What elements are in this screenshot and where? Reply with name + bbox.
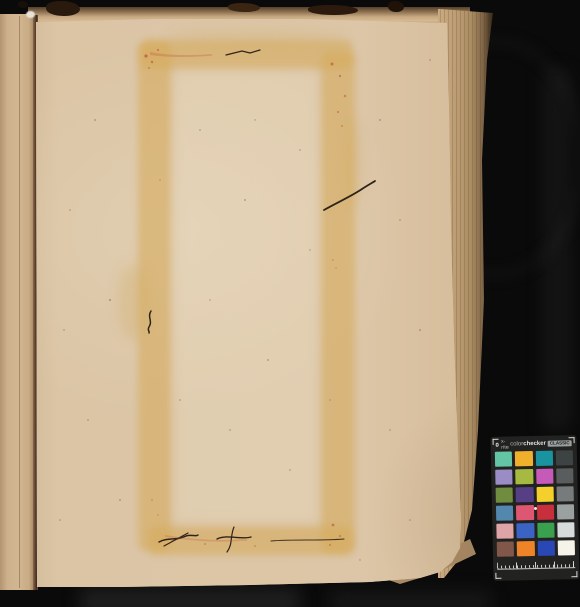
card-corner-mark bbox=[571, 571, 577, 577]
color-patch bbox=[557, 504, 575, 519]
binding-debris bbox=[388, 1, 404, 12]
card-center-marker bbox=[534, 507, 537, 510]
binding-debris bbox=[18, 1, 28, 8]
color-patch bbox=[556, 450, 574, 465]
facing-page-edge bbox=[0, 14, 33, 590]
color-patch bbox=[516, 487, 534, 502]
color-patch bbox=[497, 541, 515, 556]
colorchecker-title: colorchecker CLASSIC bbox=[510, 440, 572, 447]
photo-of-open-book: x-rite colorchecker CLASSIC bbox=[0, 0, 580, 607]
binding-debris bbox=[308, 5, 358, 15]
color-patch bbox=[495, 451, 513, 466]
binding-debris bbox=[228, 3, 260, 12]
color-patch bbox=[556, 468, 574, 483]
background-floor-texture bbox=[80, 588, 300, 607]
color-patch bbox=[557, 540, 575, 555]
paint-smudge bbox=[168, 30, 348, 44]
color-patch bbox=[496, 487, 514, 502]
card-corner-mark bbox=[495, 573, 501, 579]
colorchecker-ruler bbox=[497, 558, 575, 570]
frame-interior-wash bbox=[175, 71, 317, 522]
color-patch bbox=[556, 486, 574, 501]
color-patch bbox=[536, 505, 554, 520]
card-corner-mark bbox=[569, 437, 575, 443]
xrite-brand-text: x-rite bbox=[501, 439, 510, 451]
color-patch bbox=[496, 523, 514, 538]
background-floor-texture bbox=[330, 592, 490, 607]
colorchecker-wordmark: colorchecker bbox=[510, 441, 546, 448]
frame-bottom-band bbox=[148, 526, 353, 555]
color-patch bbox=[495, 469, 513, 484]
color-patch bbox=[496, 505, 514, 520]
paint-smudge bbox=[118, 264, 148, 340]
painted-frame bbox=[138, 38, 355, 555]
color-patch bbox=[557, 522, 575, 537]
binding-debris bbox=[46, 1, 80, 16]
card-corner-mark bbox=[493, 439, 499, 445]
paint-smudge bbox=[346, 118, 360, 208]
colorchecker-header: x-rite colorchecker CLASSIC bbox=[495, 437, 573, 451]
color-patch bbox=[537, 523, 555, 538]
color-patch bbox=[536, 487, 554, 502]
color-patch bbox=[515, 451, 533, 466]
background-light-band bbox=[544, 70, 570, 430]
color-patch bbox=[517, 523, 535, 538]
colorchecker-grid bbox=[495, 450, 575, 557]
paper-fragment bbox=[26, 11, 35, 18]
color-patch bbox=[535, 451, 553, 466]
facing-page-edge-line bbox=[19, 16, 20, 588]
color-patch bbox=[515, 469, 533, 484]
color-patch bbox=[517, 541, 535, 556]
colorchecker-card: x-rite colorchecker CLASSIC bbox=[491, 435, 580, 581]
color-patch bbox=[537, 541, 555, 556]
color-patch bbox=[516, 505, 534, 520]
color-patch bbox=[536, 469, 554, 484]
